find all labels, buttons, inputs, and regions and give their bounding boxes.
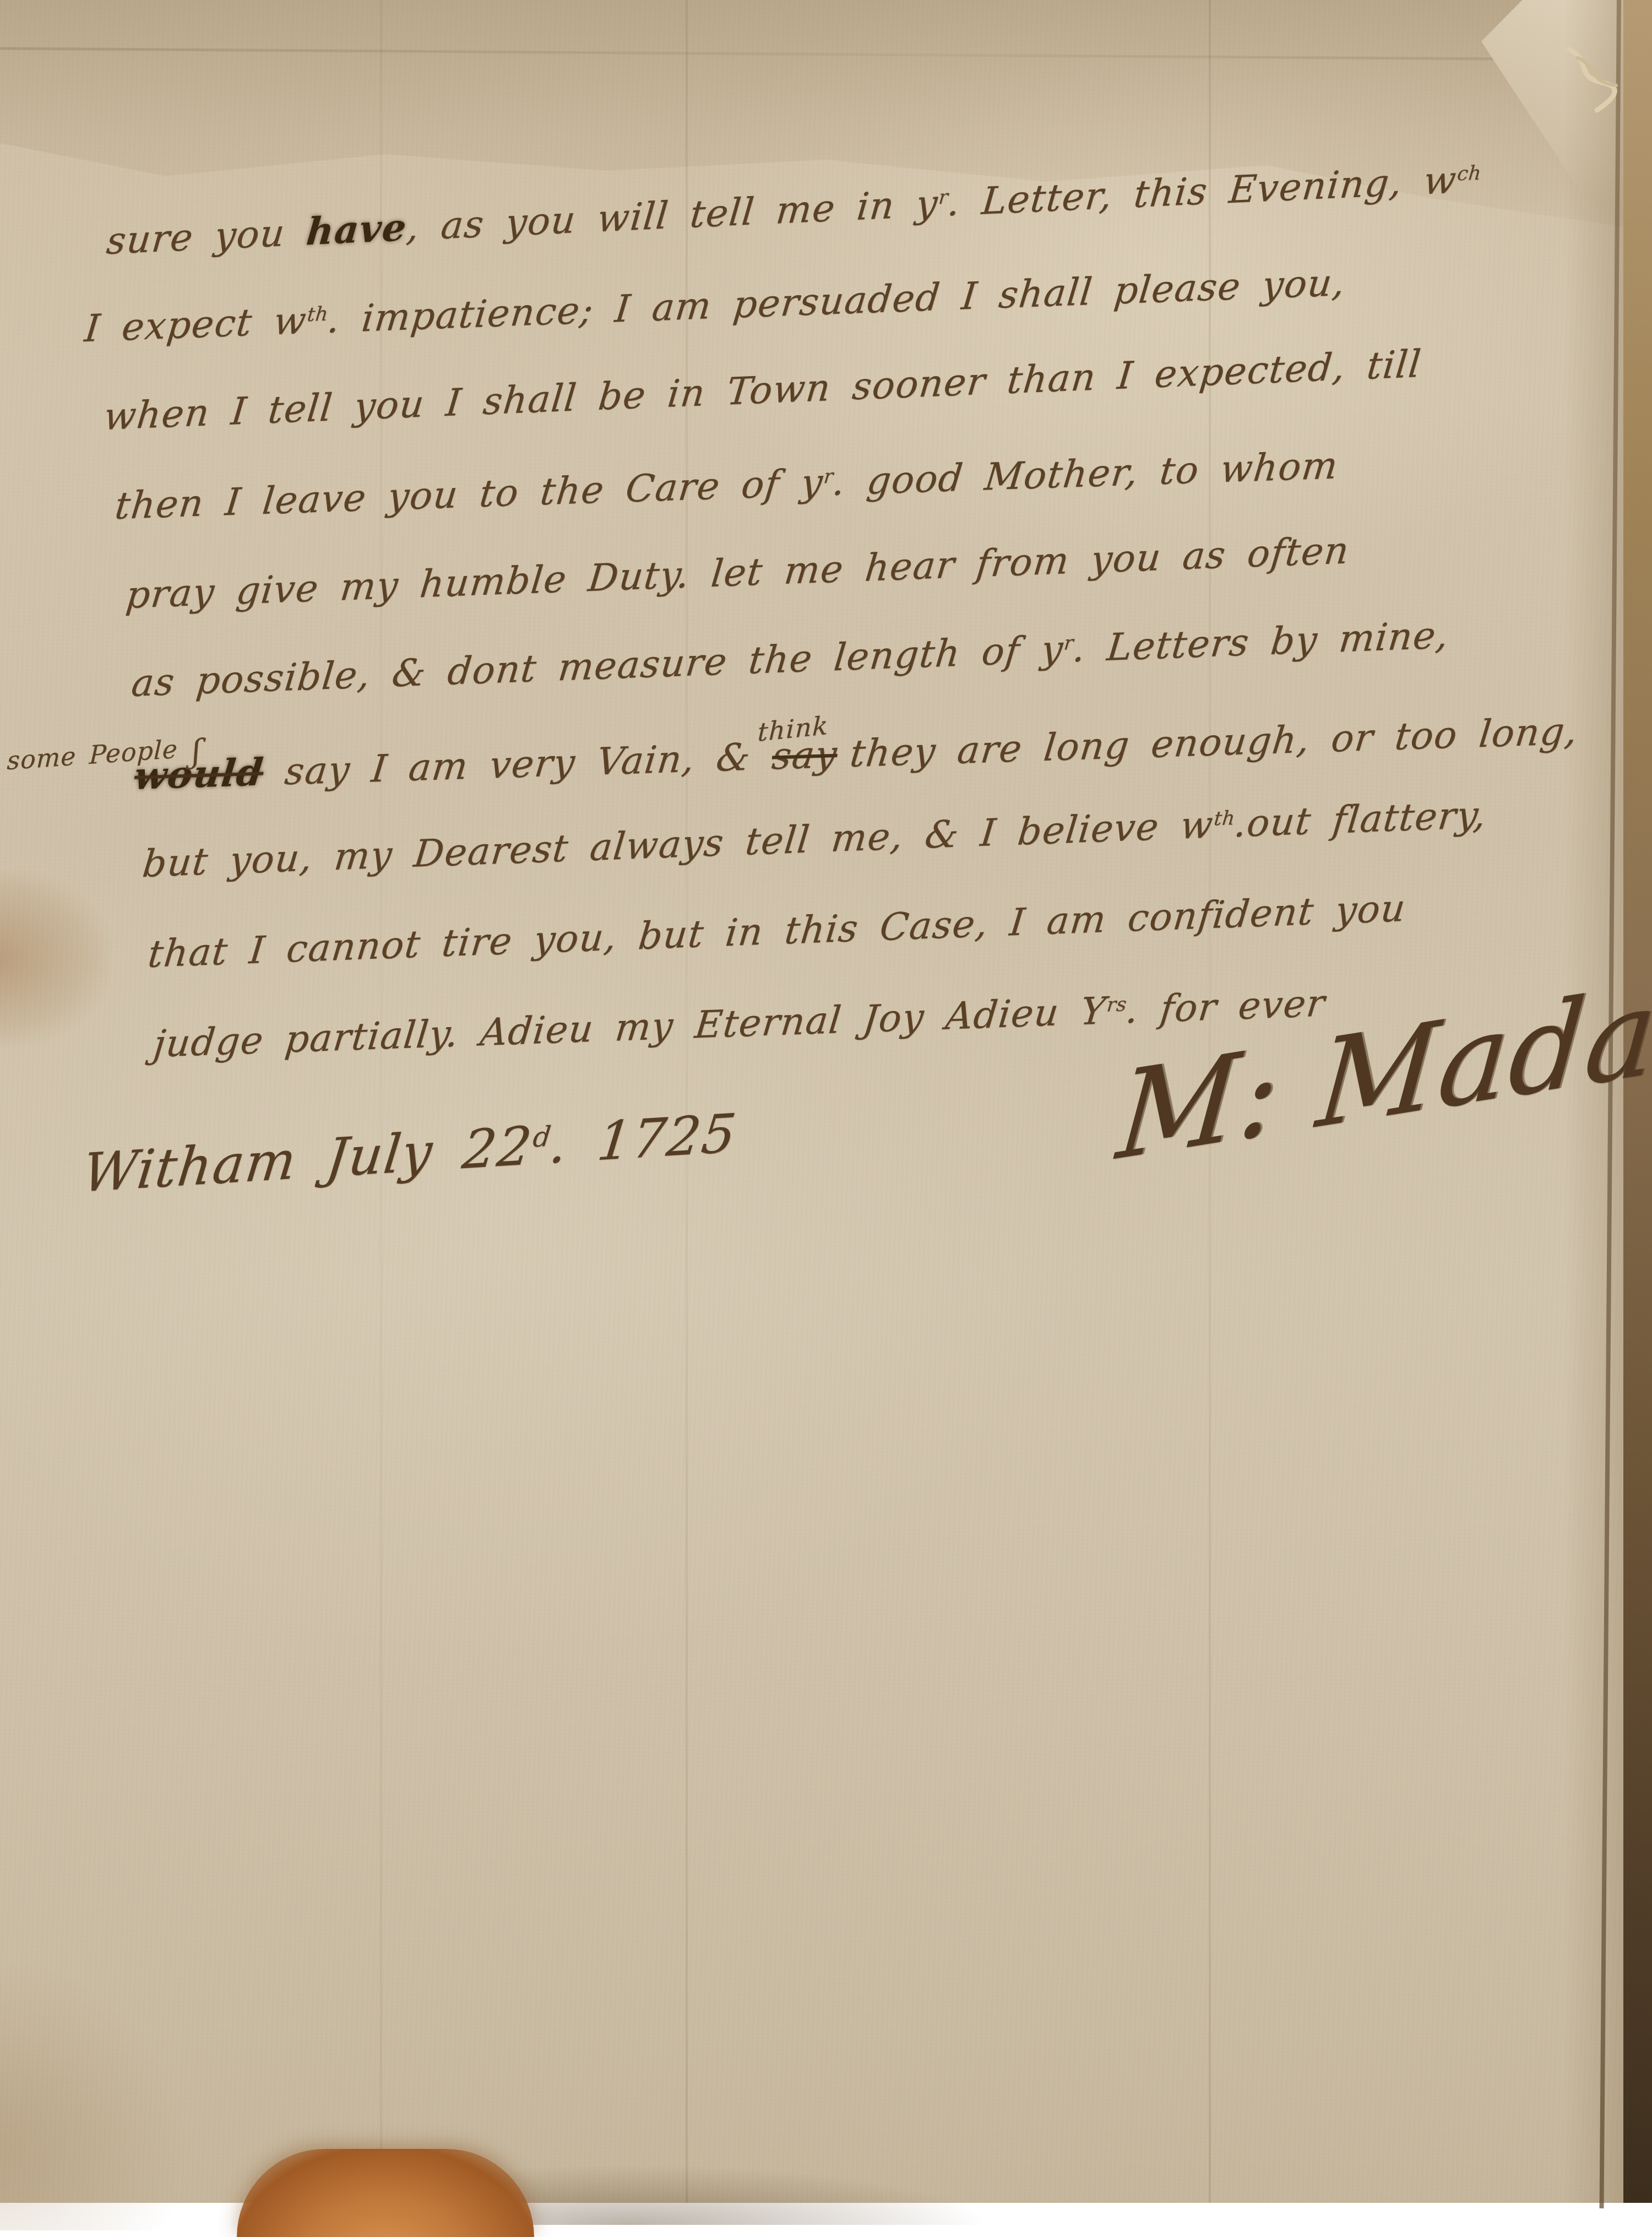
- text-segment: judge partially. Adieu my Eternal Joy Ad…: [151, 989, 1108, 1066]
- text-segment: then I leave you to the Care of y: [113, 461, 825, 528]
- text-segment: Witham July 22: [80, 1115, 536, 1204]
- text-segment: . good Mother, to whom: [830, 444, 1340, 504]
- text-segment: that I cannot tire you, but in this Case…: [146, 887, 1408, 976]
- text-segment: , as you will tell me in y: [405, 182, 940, 249]
- letter-line-8: but you, my Dearest always tell me, & I …: [140, 793, 1488, 886]
- text-segment: . impatience; I am persuaded I shall ple…: [325, 261, 1347, 342]
- insertion-mark: ʃ: [177, 732, 201, 771]
- letter-body: sure you have, as you will tell me in yr…: [0, 0, 1652, 2203]
- text-segment: when I tell you I shall be in Town soone…: [102, 343, 1423, 439]
- letter-line-3: when I tell you I shall be in Town soone…: [102, 343, 1423, 439]
- text-segment: say I am very Vain, &: [261, 735, 774, 794]
- letter-line-4: then I leave you to the Care of yr. good…: [113, 444, 1340, 528]
- text-segment: I expect w: [83, 299, 309, 351]
- text-segment: . Letters by mine,: [1070, 613, 1451, 671]
- text-segment: as possible, & dont measure the length o…: [129, 628, 1066, 705]
- text-segment: but you, my Dearest always tell me, & I …: [140, 803, 1216, 886]
- superscript: th: [306, 303, 329, 327]
- superscript: rs: [1106, 993, 1128, 1016]
- text-segment: . Letter, this Evening, w: [945, 158, 1459, 225]
- text-segment: they are long enough, or too long,: [827, 709, 1580, 777]
- letter-line-1: sure you have, as you will tell me in yr…: [105, 156, 1483, 263]
- text-segment: some People: [7, 734, 178, 775]
- text-segment: . 1725: [546, 1102, 740, 1176]
- letter-line-7: would say I am very Vain, & saythink the…: [132, 709, 1580, 799]
- letter-line-9: that I cannot tire you, but in this Case…: [146, 887, 1408, 976]
- letter-line-6: as possible, & dont measure the length o…: [129, 613, 1451, 705]
- text-segment: pray give my humble Duty. let me hear fr…: [124, 529, 1351, 617]
- letter-line-5: pray give my humble Duty. let me hear fr…: [124, 529, 1351, 617]
- text-segment: .out flattery,: [1232, 793, 1488, 846]
- superscript: th: [1213, 807, 1236, 830]
- manuscript-page: sure you have, as you will tell me in yr…: [0, 0, 1652, 2203]
- text-segment: have: [305, 205, 409, 254]
- text-segment: sure you: [105, 210, 308, 263]
- signature: M: Madan: [1112, 948, 1652, 1187]
- superscript: ch: [1456, 161, 1482, 185]
- letter-line-2: I expect wth. impatience; I am persuaded…: [83, 261, 1347, 351]
- dateline: Witham July 22d. 1725: [80, 1102, 740, 1204]
